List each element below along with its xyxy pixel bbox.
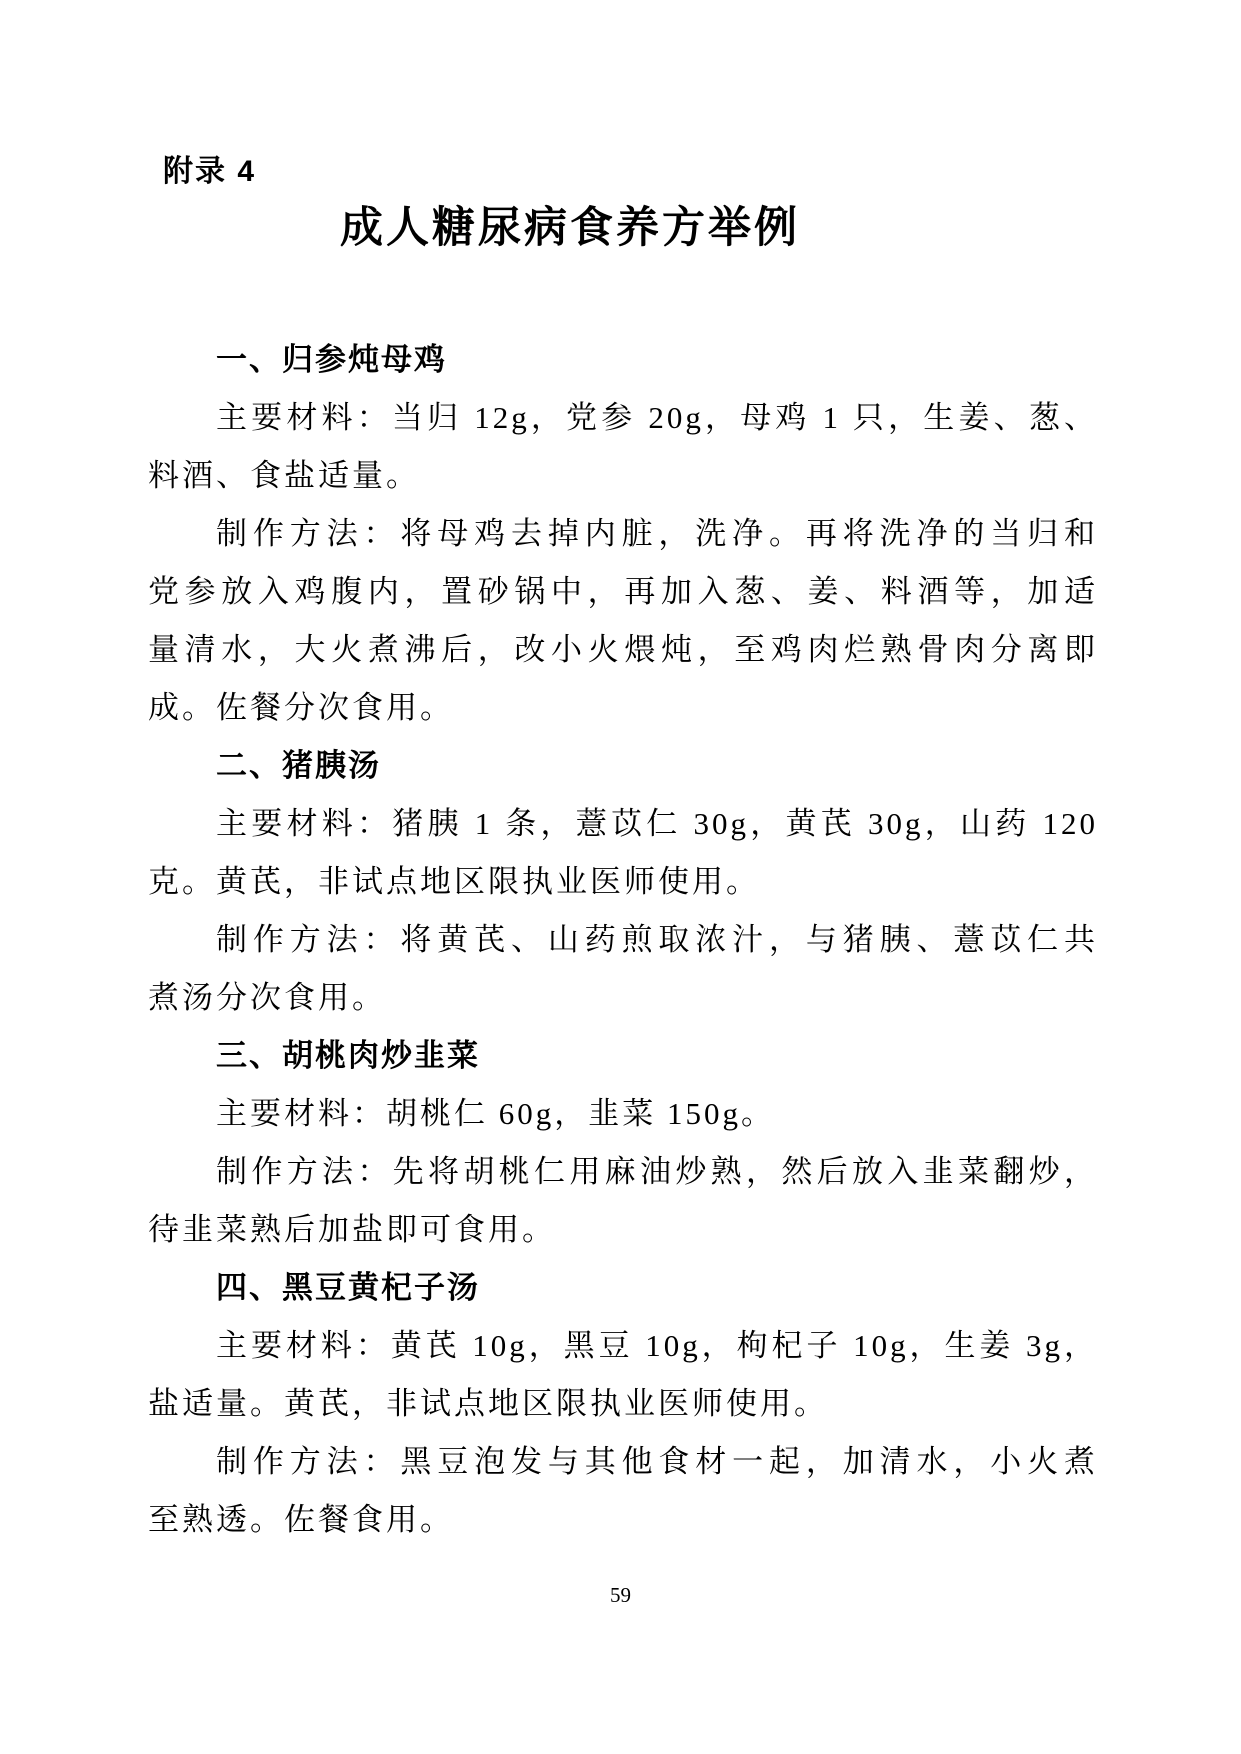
document-page: 附录 4 成人糖尿病食养方举例 一、归参炖母鸡 主要材料：当归 12g，党参 2…: [0, 0, 1241, 1754]
body-line: 主要材料：胡桃仁 60g，韭菜 150g。: [148, 1085, 1098, 1143]
body-line: 主要材料：黄芪 10g，黑豆 10g，枸杞子 10g，生姜 3g，: [148, 1317, 1098, 1375]
body-line: 料酒、食盐适量。: [148, 447, 1098, 505]
body-line: 成。佐餐分次食用。: [148, 679, 1098, 737]
section-heading: 一、归参炖母鸡: [148, 331, 1166, 389]
section-heading: 四、黑豆黄杞子汤: [148, 1259, 1166, 1317]
appendix-label: 附录 4: [163, 150, 256, 194]
body-line: 主要材料：猪胰 1 条，薏苡仁 30g，黄芪 30g，山药 120: [148, 795, 1098, 853]
body-line: 至熟透。佐餐食用。: [148, 1491, 1098, 1549]
body-line: 煮汤分次食用。: [148, 969, 1098, 1027]
section-heading: 三、胡桃肉炒韭菜: [148, 1027, 1166, 1085]
page-number: 59: [0, 1578, 1241, 1612]
document-title: 成人糖尿病食养方举例: [340, 196, 800, 262]
section-heading: 二、猪胰汤: [148, 737, 1166, 795]
body-line: 制作方法：将母鸡去掉内脏，洗净。再将洗净的当归和: [148, 505, 1098, 563]
body-line: 量清水，大火煮沸后，改小火煨炖，至鸡肉烂熟骨肉分离即: [148, 621, 1098, 679]
body-line: 制作方法：黑豆泡发与其他食材一起，加清水，小火煮: [148, 1433, 1098, 1491]
body-line: 盐适量。黄芪，非试点地区限执业医师使用。: [148, 1375, 1098, 1433]
body-line: 克。黄芪，非试点地区限执业医师使用。: [148, 853, 1098, 911]
body-line: 主要材料：当归 12g，党参 20g，母鸡 1 只，生姜、葱、: [148, 389, 1098, 447]
body-line: 待韭菜熟后加盐即可食用。: [148, 1201, 1098, 1259]
body-line: 制作方法：将黄芪、山药煎取浓汁，与猪胰、薏苡仁共: [148, 911, 1098, 969]
body-line: 党参放入鸡腹内，置砂锅中，再加入葱、姜、料酒等，加适: [148, 563, 1098, 621]
body-line: 制作方法：先将胡桃仁用麻油炒熟，然后放入韭菜翻炒，: [148, 1143, 1098, 1201]
